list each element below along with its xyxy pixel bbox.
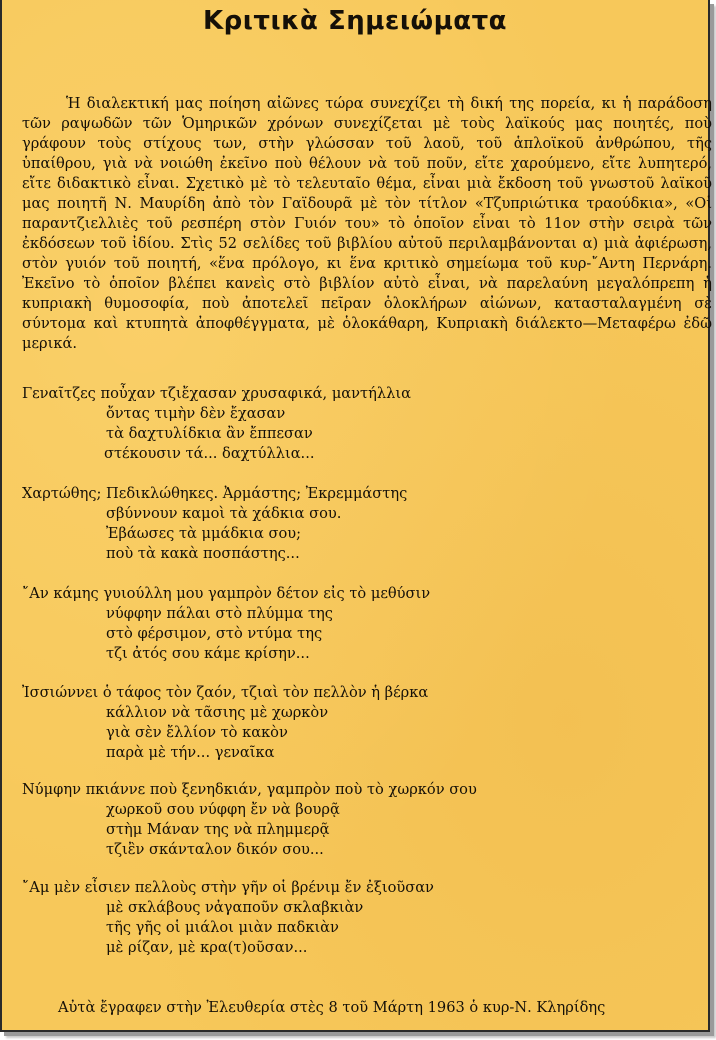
poem-line: τζι ἀτός σου κάμε κρίσην... (22, 644, 642, 664)
poem-line: Ἐβάωσες τὰ μμάδκια σου; (22, 524, 642, 544)
poem-line: Νύμφην πκιάννε ποὺ ξενηδκιάν, γαμπρὸν πο… (22, 780, 642, 800)
poem-stanza-4: Ἰσσιώννει ὁ τάφος τὸν ζαόν, τζιαὶ τὸν πε… (22, 683, 642, 763)
poem-line: ῎Αμ μὲν εἶσιεν πελλοὺς στὴν γῆν οἱ βρένι… (22, 878, 642, 898)
poem-line: ῎Αν κάμης γυιούλλη μου γαμπρὸν δέτον εἰς… (22, 584, 642, 604)
document-page: Κριτικὰ Σημειώματα Ἡ διαλεκτική μας ποίη… (0, 0, 710, 1032)
poem-line: Ἰσσιώννει ὁ τάφος τὸν ζαόν, τζιαὶ τὸν πε… (22, 683, 642, 703)
poem-line: χωρκοῦ σου νύφφη ἔν νὰ βουρᾷ (22, 800, 642, 820)
poem-line: στὸ φέρσιμον, στὸ ντύμα της (22, 624, 642, 644)
poem-stanza-3: ῎Αν κάμης γυιούλλη μου γαμπρὸν δέτον εἰς… (22, 584, 642, 664)
poem-stanza-1: Γεναῖτζες ποὖχαν τζιἔχασαν χρυσαφικά, μα… (22, 384, 642, 464)
poem-line: μὲ ρίζαν, μὲ κρα(τ)οῦσαν... (22, 938, 642, 958)
poem-stanza-6: ῎Αμ μὲν εἶσιεν πελλοὺς στὴν γῆν οἱ βρένι… (22, 878, 642, 958)
poem-line: Γεναῖτζες ποὖχαν τζιἔχασαν χρυσαφικά, μα… (22, 384, 642, 404)
intro-paragraph-block: Ἡ διαλεκτική μας ποίηση αἰῶνες τώρα συνε… (22, 94, 712, 354)
poem-line: στὴμ Μάναν της νὰ πλημμερᾷ (22, 820, 642, 840)
page-title: Κριτικὰ Σημειώματα (2, 6, 708, 36)
author-signature: Αὐτὰ ἔγραφεν στὴν Ἐλευθερία στὲς 8 τοῦ Μ… (58, 998, 605, 1018)
poem-line: νύφφην πάλαι στὸ πλύμμα της (22, 604, 642, 624)
poem-line: τῆς γῆς οἱ μιάλοι μιὰν παδκιὰν (22, 918, 642, 938)
poem-stanza-5: Νύμφην πκιάννε ποὺ ξενηδκιάν, γαμπρὸν πο… (22, 780, 642, 860)
poem-line: τὰ δαχτυλίδκια ἂν ἔππεσαν (22, 424, 642, 444)
poem-line: παρὰ μὲ τήν... γεναῖκα (22, 743, 642, 763)
poem-line: σβύννουν καμοὶ τὰ χάδκια σου. (22, 504, 642, 524)
intro-paragraph: Ἡ διαλεκτική μας ποίηση αἰῶνες τώρα συνε… (22, 94, 712, 354)
poem-line: ποὺ τὰ κακὰ ποσπάστης... (22, 544, 642, 564)
poem-line: ὄντας τιμὴν δὲν ἔχασαν (22, 404, 642, 424)
poem-line: στέκουσιν τά... δαχτύλλια... (22, 444, 642, 464)
poem-line: γιὰ σὲν ἔλλίον τὸ κακὸν (22, 723, 642, 743)
poem-line: τζιἒν σκάνταλον δικόν σου... (22, 840, 642, 860)
poem-stanza-2: Χαρτώθης; Πεδικλώθηκες. Ἀρμάστης; Ἐκρεμμ… (22, 484, 642, 564)
poem-line: Χαρτώθης; Πεδικλώθηκες. Ἀρμάστης; Ἐκρεμμ… (22, 484, 642, 504)
poem-line: κάλλιον νὰ τᾶσιης μὲ χωρκὸν (22, 703, 642, 723)
poem-line: μὲ σκλάβους νἀγαποῦν σκλαβκιὰν (22, 898, 642, 918)
